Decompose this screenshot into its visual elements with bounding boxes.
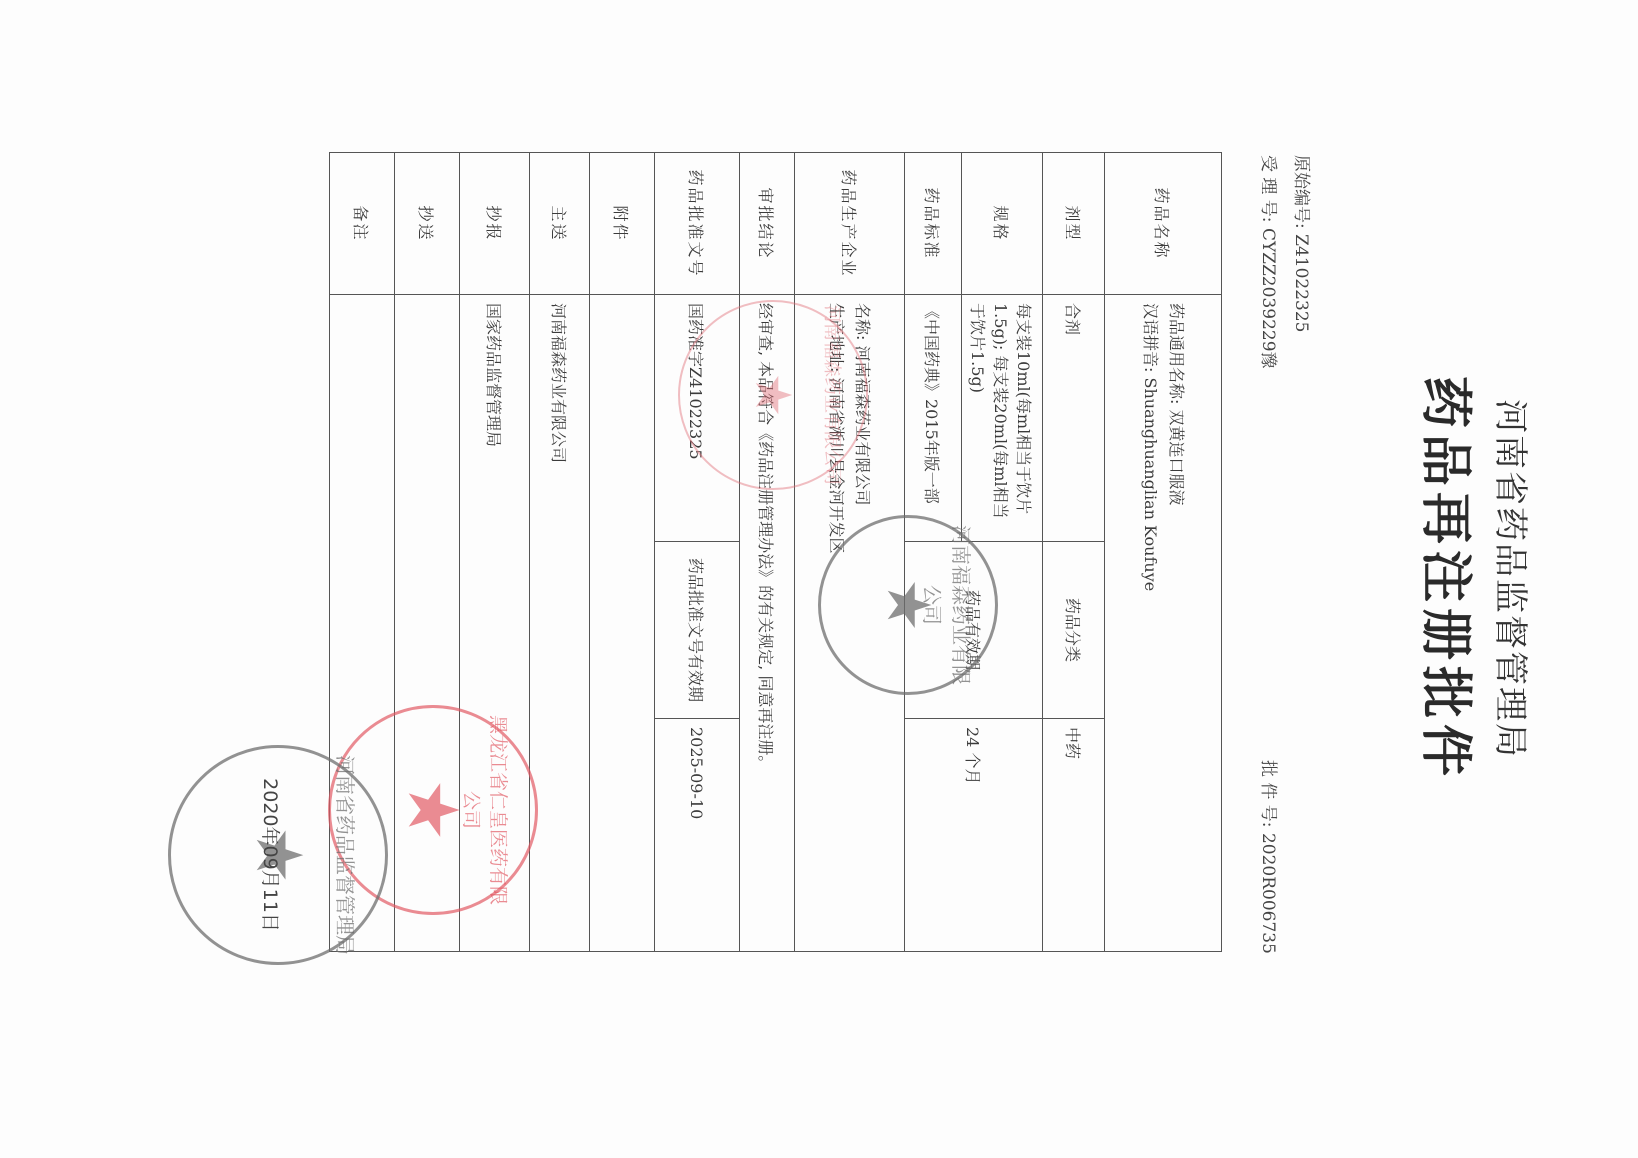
- original-number-label: 原始编号:: [1291, 155, 1311, 229]
- row-drug-name: 药品名称 药品通用名称: 双黄连口服液 汉语拼音: Shuanghuanglia…: [1105, 153, 1222, 952]
- row-remarks: 备注: [330, 153, 395, 952]
- registration-form-table: 药品名称 药品通用名称: 双黄连口服液 汉语拼音: Shuanghuanglia…: [329, 152, 1222, 952]
- value-specification: 每支装10ml(每ml相当于饮片1.5g); 每支装20ml(每ml相当于饮片1…: [962, 295, 1043, 542]
- value-drug-name: 药品通用名称: 双黄连口服液 汉语拼音: Shuanghuanglian Kou…: [1105, 295, 1222, 952]
- document-title: 药品再注册批件: [1413, 0, 1488, 1158]
- issuing-agency: 河南省药品监督管理局: [1489, 0, 1538, 1158]
- label-report-to: 抄报: [460, 153, 530, 295]
- star-icon: ★: [241, 826, 315, 883]
- label-approval-validity: 药品批准文号有效期: [655, 542, 740, 719]
- pinyin-name: 汉语拼音: Shuanghuanglian Koufuye: [1137, 303, 1163, 943]
- row-specification: 规格 每支装10ml(每ml相当于饮片1.5g); 每支装20ml(每ml相当于…: [962, 153, 1043, 952]
- generic-name-value: 双黄连口服液: [1167, 410, 1186, 506]
- approval-document-number-label: 批 件 号:: [1258, 760, 1278, 828]
- rotated-document-page: 河南省药品监督管理局 药品再注册批件 原始编号: Z41022325 受 理 号…: [0, 0, 1638, 1158]
- manufacturer-name: 名称: 河南福森药业有限公司: [850, 303, 876, 943]
- row-approval-number: 药品批准文号 国药准字Z41022325 药品批准文号有效期 2025-09-1…: [655, 153, 740, 952]
- generic-name: 药品通用名称: 双黄连口服液: [1163, 303, 1189, 943]
- value-main-recipient: 河南福森药业有限公司: [530, 295, 590, 952]
- label-cc: 抄送: [395, 153, 460, 295]
- label-drug-category: 药品分类: [1043, 542, 1105, 719]
- row-main-recipient: 主送 河南福森药业有限公司: [530, 153, 590, 952]
- row-report-to: 抄报 国家药品监督管理局: [460, 153, 530, 952]
- label-conclusion: 审批结论: [740, 153, 795, 295]
- label-dosage-form: 剂型: [1043, 153, 1105, 295]
- row-dosage-form: 剂型 合剂 药品分类 中药: [1043, 153, 1105, 952]
- approval-document-number: 批 件 号: 2020R006735: [1258, 760, 1283, 954]
- label-main-recipient: 主送: [530, 153, 590, 295]
- label-drug-name: 药品名称: [1105, 153, 1222, 295]
- value-dosage-form: 合剂: [1043, 295, 1105, 542]
- manufacturer-name-label: 名称:: [854, 303, 873, 340]
- manufacturer-address-value: 河南省淅川县金河开发区: [828, 378, 847, 554]
- value-report-to: 国家药品监督管理局: [460, 295, 530, 952]
- label-shelf-life: 药品有效期: [905, 542, 1043, 719]
- label-manufacturer: 药品生产企业: [795, 153, 905, 295]
- value-shelf-life: 24 个月: [905, 719, 1043, 952]
- row-attachment: 附件: [590, 153, 655, 952]
- pinyin-label: 汉语拼音:: [1141, 303, 1160, 372]
- value-drug-category: 中药: [1043, 719, 1105, 952]
- label-standard: 药品标准: [905, 153, 962, 295]
- value-approval-number: 国药准字Z41022325: [655, 295, 740, 542]
- label-attachment: 附件: [590, 153, 655, 295]
- acceptance-number-label: 受 理 号:: [1258, 155, 1278, 223]
- label-remarks: 备注: [330, 153, 395, 295]
- approval-document-number-value: 2020R006735: [1258, 833, 1278, 954]
- value-approval-validity: 2025-09-10: [655, 719, 740, 952]
- manufacturer-address: 生产地址: 河南省淅川县金河开发区: [824, 303, 850, 943]
- acceptance-number-value: CYZZ2039229豫: [1258, 228, 1278, 369]
- manufacturer-address-label: 生产地址:: [828, 303, 847, 372]
- acceptance-number: 受 理 号: CYZZ2039229豫: [1258, 155, 1283, 369]
- official-seal-date: 2020年09月11日: [258, 748, 285, 962]
- original-number-value: Z41022325: [1291, 234, 1311, 332]
- value-manufacturer: 名称: 河南福森药业有限公司 生产地址: 河南省淅川县金河开发区: [795, 295, 905, 952]
- value-attachment: [590, 295, 655, 952]
- value-standard: 《中国药典》2015年版一部: [905, 295, 962, 542]
- row-conclusion: 审批结论 经审查, 本品符合《药品注册管理办法》的有关规定, 同意再注册。: [740, 153, 795, 952]
- generic-name-label: 药品通用名称:: [1167, 303, 1186, 404]
- manufacturer-name-value: 河南福森药业有限公司: [854, 346, 873, 506]
- value-cc: [395, 295, 460, 952]
- row-cc: 抄送: [395, 153, 460, 952]
- label-specification: 规格: [962, 153, 1043, 295]
- value-conclusion: 经审查, 本品符合《药品注册管理办法》的有关规定, 同意再注册。: [740, 295, 795, 952]
- label-approval-number: 药品批准文号: [655, 153, 740, 295]
- original-number: 原始编号: Z41022325: [1291, 155, 1316, 332]
- pinyin-value: Shuanghuanglian Koufuye: [1141, 378, 1160, 592]
- row-manufacturer: 药品生产企业 名称: 河南福森药业有限公司 生产地址: 河南省淅川县金河开发区: [795, 153, 905, 952]
- value-remarks: [330, 295, 395, 952]
